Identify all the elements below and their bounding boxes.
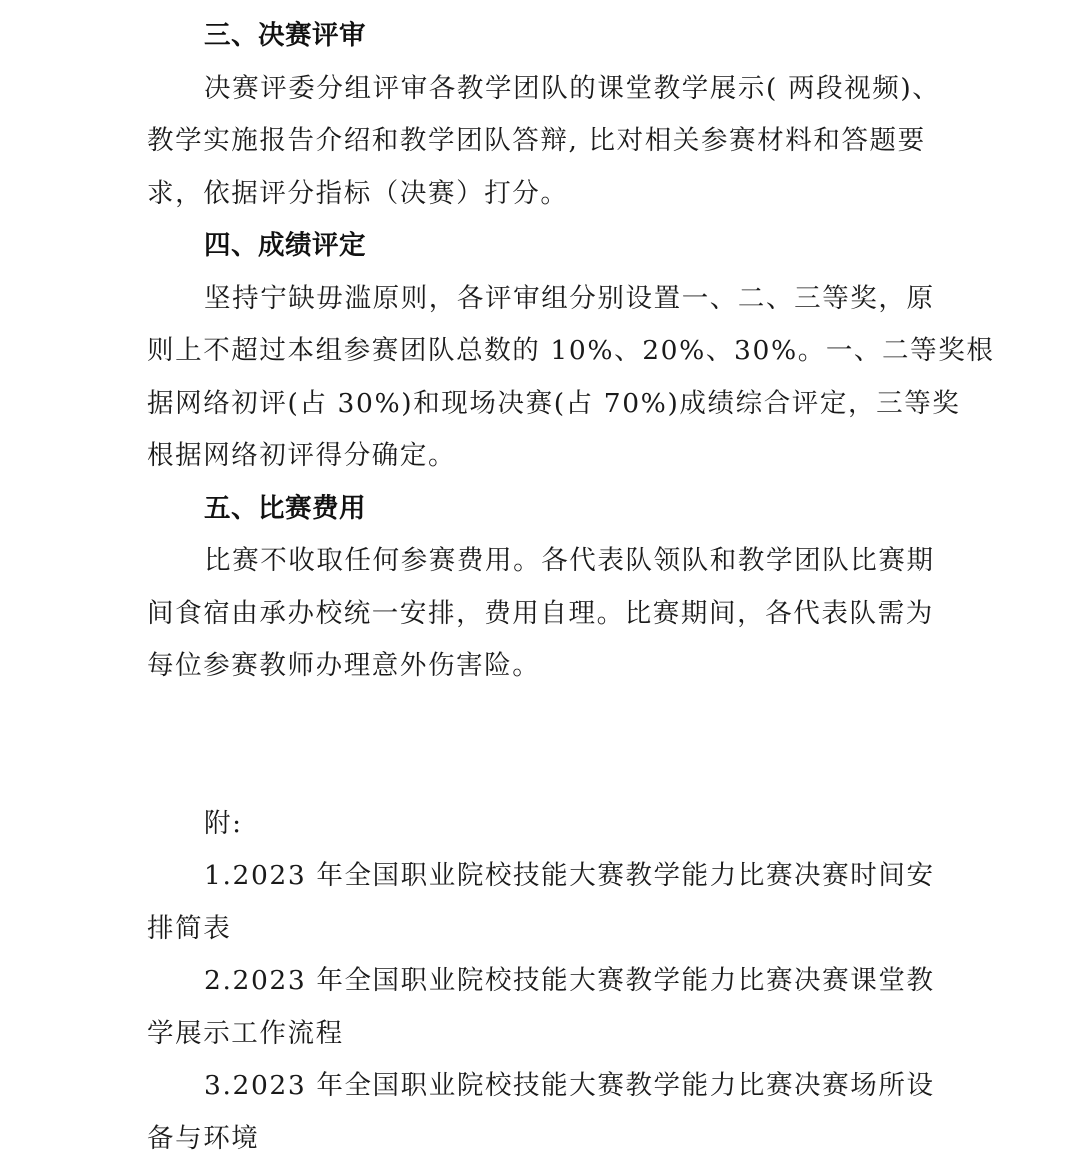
blank-space xyxy=(147,693,947,798)
attachment-title-line: 2.2023 年全国职业院校技能大赛教学能力比赛决赛课堂教 xyxy=(147,955,947,1008)
paragraph-line: 决赛评委分组评审各教学团队的课堂教学展示( 两段视频)、 xyxy=(147,63,947,116)
section-competition-fees: 五、比赛费用 比赛不收取任何参赛费用。各代表队领队和教学团队比赛期 间食宿由承办… xyxy=(147,483,947,693)
attachment-item: 1.2023 年全国职业院校技能大赛教学能力比赛决赛时间安 排简表 xyxy=(147,850,947,955)
paragraph-line: 根据网络初评得分确定。 xyxy=(147,430,947,483)
section-heading: 四、成绩评定 xyxy=(147,220,947,273)
document-page: 三、决赛评审 决赛评委分组评审各教学团队的课堂教学展示( 两段视频)、 教学实施… xyxy=(147,10,947,1165)
paragraph-line: 求，依据评分指标（决赛）打分。 xyxy=(147,168,947,221)
section-final-review: 三、决赛评审 决赛评委分组评审各教学团队的课堂教学展示( 两段视频)、 教学实施… xyxy=(147,10,947,220)
attachment-title-line: 学展示工作流程 xyxy=(147,1008,947,1061)
paragraph-line: 间食宿由承办校统一安排，费用自理。比赛期间，各代表队需为 xyxy=(147,588,947,641)
section-heading: 三、决赛评审 xyxy=(147,10,947,63)
attachment-title-line: 排简表 xyxy=(147,903,947,956)
paragraph-line: 每位参赛教师办理意外伤害险。 xyxy=(147,640,947,693)
attachments-label: 附: xyxy=(147,798,947,851)
attachments-list: 附: 1.2023 年全国职业院校技能大赛教学能力比赛决赛时间安 排简表 2.2… xyxy=(147,798,947,1166)
attachment-title-line: 备与环境 xyxy=(147,1113,947,1166)
section-heading: 五、比赛费用 xyxy=(147,483,947,536)
attachment-title-line: 1.2023 年全国职业院校技能大赛教学能力比赛决赛时间安 xyxy=(147,850,947,903)
attachment-title-line: 3.2023 年全国职业院校技能大赛教学能力比赛决赛场所设 xyxy=(147,1060,947,1113)
paragraph-line: 则上不超过本组参赛团队总数的 10%、20%、30%。一、二等奖根 xyxy=(147,325,947,378)
paragraph-line: 据网络初评(占 30%)和现场决赛(占 70%)成绩综合评定，三等奖 xyxy=(147,378,947,431)
paragraph-line: 坚持宁缺毋滥原则，各评审组分别设置一、二、三等奖，原 xyxy=(147,273,947,326)
section-score-evaluation: 四、成绩评定 坚持宁缺毋滥原则，各评审组分别设置一、二、三等奖，原 则上不超过本… xyxy=(147,220,947,483)
attachment-item: 3.2023 年全国职业院校技能大赛教学能力比赛决赛场所设 备与环境 xyxy=(147,1060,947,1165)
attachment-item: 2.2023 年全国职业院校技能大赛教学能力比赛决赛课堂教 学展示工作流程 xyxy=(147,955,947,1060)
paragraph-line: 比赛不收取任何参赛费用。各代表队领队和教学团队比赛期 xyxy=(147,535,947,588)
paragraph-line: 教学实施报告介绍和教学团队答辩, 比对相关参赛材料和答题要 xyxy=(147,115,947,168)
